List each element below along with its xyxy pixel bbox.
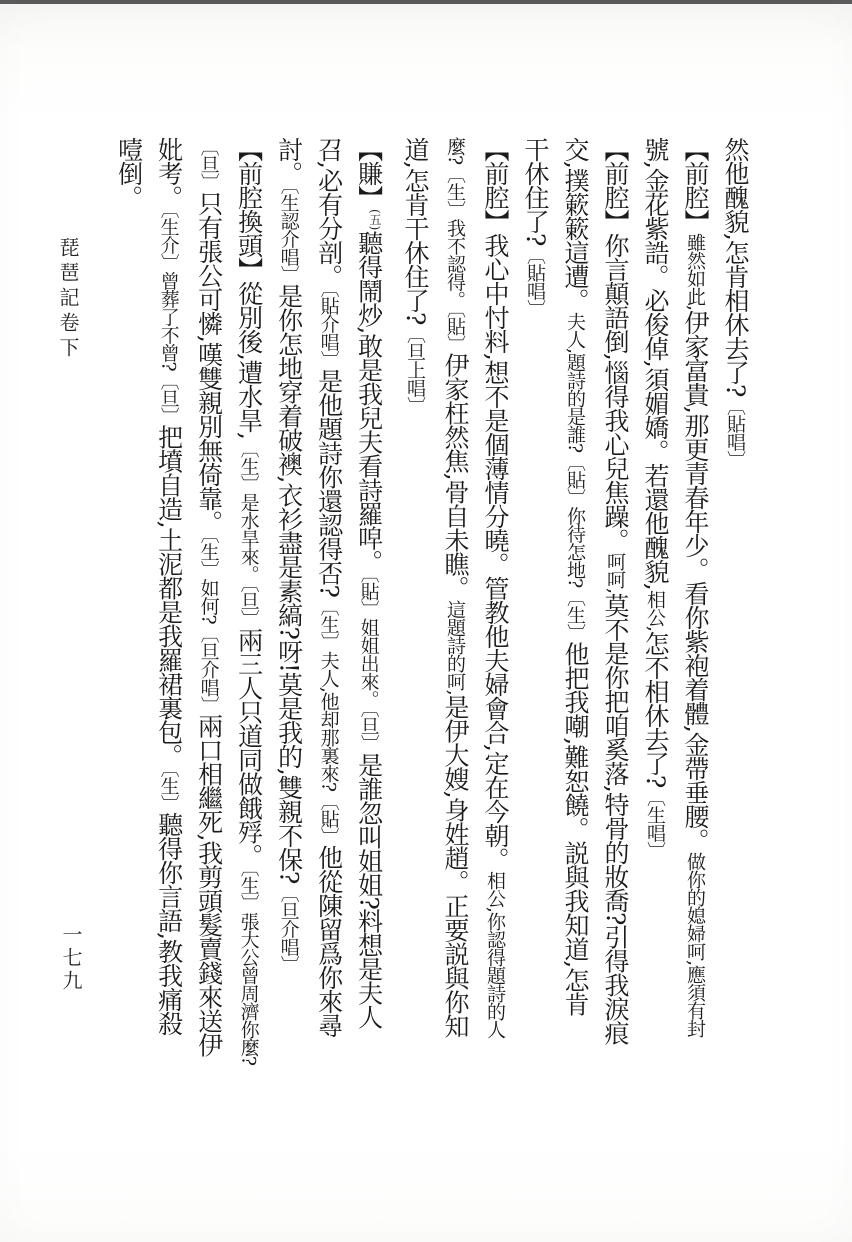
stage-direction-text: 〔旦上唱〕 xyxy=(404,324,426,414)
text-column: 號,金花紫誥。必俊倬,須媚嬌。若還他醜貌,相公,怎不相休去了?〔生唱〕 xyxy=(635,137,675,1229)
aria-lyric-text: 他從陳留爲你來尋 xyxy=(315,845,344,1037)
text-column: 【前腔】你言顛語倒,惱得我心兒焦躁。呵呵,莫不是你把咱奚落,特骨的妝喬?引得我淚… xyxy=(595,137,635,1229)
stage-direction-text: 夫人,題詩的是誰?〔貼〕你待怎地?〔生〕 xyxy=(564,312,586,641)
aria-lyric-text: 交,撲簌簌這遭。 xyxy=(561,137,590,312)
aria-lyric-text: 討。 xyxy=(275,137,304,185)
aria-lyric-text: 我心中忖料,想不是個薄情分曉。管教他夫婦會合,定在今朝。 xyxy=(481,233,510,871)
aria-lyric-text: 兩三人只道同做餓殍。 xyxy=(235,627,264,867)
text-column: 〔旦〕只有張公可憐,嘆雙親別無倚靠。〔生〕如何?〔旦介唱〕兩口相繼死,我剪頭髮賣… xyxy=(189,137,229,1229)
aria-lyric-text: 只有張公可憐,嘆雙親別無倚靠。 xyxy=(195,191,224,534)
stage-direction-text: 麼?〔生〕我不認得。〔貼〕 xyxy=(444,137,466,353)
book-volume-title: 琵琶記卷下 xyxy=(54,237,83,362)
aria-lyric-text: 伊家枉然焦,骨自未瞧。 xyxy=(441,353,470,600)
aria-lyric-text: 莫不是你把咱奚落,特骨的妝喬?引得我淚痕 xyxy=(601,593,630,1044)
aria-lyric-text: 他把我嘲,難恕饒。説與我知道,怎肯 xyxy=(561,641,590,1015)
aria-lyric-text: 然他醜貌,怎肯相休去了? xyxy=(721,137,750,396)
stage-direction-text: 這題詩的呵, xyxy=(444,600,466,695)
scan-edge-artifact xyxy=(0,0,852,4)
collation-note-marker: (五) xyxy=(368,209,382,230)
aria-lyric-text: 聽得鬧炒,敢是我兒夫看詩羅唕。 xyxy=(355,230,384,573)
aria-lyric-text: 是你怎地穿着破襖,衣衫盡是素縞?呀!莫是我的,雙親不保? xyxy=(275,284,304,884)
stage-direction-text: 〔生〕是水旱來。〔旦〕 xyxy=(238,439,260,628)
stage-direction-text: 〔旦介唱〕 xyxy=(278,883,300,973)
aria-lyric-text: 把墳自造,土泥都是我羅裙裏包。 xyxy=(155,425,184,768)
text-column: 【前腔換頭】從別後,遭水旱,〔生〕是水旱來。〔旦〕兩三人只道同做餓殍。〔生〕張大… xyxy=(229,137,269,1229)
stage-direction-text: 〔貼唱〕 xyxy=(724,396,746,468)
tune-title-marker: 【前腔】 xyxy=(681,137,710,233)
aria-lyric-text: 兩口相繼死,我剪頭髮賣錢來送伊 xyxy=(195,714,224,1057)
text-column: 召,必有分剖。〔貼介唱〕是他題詩你還認得否?〔生〕夫人,他却那裏來?〔貼〕他從陳… xyxy=(309,137,349,1229)
aria-lyric-text: 是伊大嫂,身姓趙。正要説與你知 xyxy=(441,695,470,1038)
stage-direction-text: 〔生〕張大公曾周濟你麼? xyxy=(238,867,260,1065)
aria-lyric-text: 噎倒。 xyxy=(115,137,144,209)
stage-direction-text: 〔生介〕曾葬了不曾?〔旦〕 xyxy=(158,209,180,425)
page-number: 一七九 xyxy=(57,924,86,993)
aria-lyric-text: 召,必有分剖。 xyxy=(315,137,344,288)
stage-direction-text: 〔生〕 xyxy=(158,768,180,813)
stage-direction-text: 〔生〕夫人,他却那裏來?〔貼〕 xyxy=(318,597,340,845)
text-block: 然他醜貌,怎肯相休去了?〔貼唱〕【前腔】雖然如此,伊家富貴,那更青春年少。看你紫… xyxy=(109,137,755,1229)
text-column: 道,怎肯干休住了?〔旦上唱〕 xyxy=(395,137,435,1229)
aria-lyric-text: 干休住了? xyxy=(521,137,550,245)
tune-title-marker: 【前腔】 xyxy=(481,137,510,233)
stage-direction-text: 相公, xyxy=(644,590,666,631)
aria-lyric-text: 妣考。 xyxy=(155,137,184,209)
stage-direction-text: 〔生唱〕 xyxy=(644,787,666,859)
stage-direction-text: 〔貼唱〕 xyxy=(524,245,546,317)
text-column: 【前腔】雖然如此,伊家富貴,那更青春年少。看你紫袍着體,金帶垂腰。做你的媳婦呵,… xyxy=(675,137,715,1229)
aria-lyric-text: 從別後,遭水旱, xyxy=(235,281,264,439)
aria-lyric-text: 聽得你言語,教我痛殺 xyxy=(155,812,184,1035)
text-column: 然他醜貌,怎肯相休去了?〔貼唱〕 xyxy=(715,137,755,1229)
stage-direction-text: 做你的媳婦呵,應須有封 xyxy=(684,852,706,1037)
aria-lyric-text: 是誰忽叫姐姐?料想是夫人 xyxy=(355,752,384,1028)
aria-lyric-text: 道,怎肯干休住了? xyxy=(401,137,430,324)
stage-direction-text: 〔貼〕姐姐出來。〔旦〕 xyxy=(358,573,380,752)
text-column: 噎倒。 xyxy=(109,137,149,1229)
text-column: 交,撲簌簌這遭。夫人,題詩的是誰?〔貼〕你待怎地?〔生〕他把我嘲,難恕饒。説與我… xyxy=(555,137,595,1229)
aria-lyric-text: 是他題詩你還認得否? xyxy=(315,368,344,596)
text-column: 妣考。〔生介〕曾葬了不曾?〔旦〕把墳自造,土泥都是我羅裙裏包。〔生〕聽得你言語,… xyxy=(149,137,189,1229)
aria-lyric-text: 怎不相休去了? xyxy=(641,631,670,787)
text-column: 【前腔】我心中忖料,想不是個薄情分曉。管教他夫婦會合,定在今朝。相公,你認得題詩… xyxy=(475,137,515,1229)
stage-direction-text: 〔生認介唱〕 xyxy=(278,185,300,284)
tune-title-marker: 【賺】 xyxy=(355,137,384,209)
scanned-book-page: { "margins": { "book_title": "琵琶記卷下", "p… xyxy=(0,0,852,1242)
stage-direction-text: 雖然如此, xyxy=(684,233,706,310)
page-background: 琵琶記卷下 然他醜貌,怎肯相休去了?〔貼唱〕【前腔】雖然如此,伊家富貴,那更青春… xyxy=(0,0,852,1242)
text-column: 麼?〔生〕我不認得。〔貼〕伊家枉然焦,骨自未瞧。這題詩的呵,是伊大嫂,身姓趙。正… xyxy=(435,137,475,1229)
stage-direction-text: 相公,你認得題詩的人 xyxy=(484,871,506,1038)
tune-title-marker: 【前腔】 xyxy=(601,137,630,233)
aria-lyric-text: 伊家富貴,那更青春年少。看你紫袍着體,金帶垂腰。 xyxy=(681,310,710,852)
text-column: 干休住了?〔貼唱〕 xyxy=(515,137,555,1229)
text-column: 【賺】(五)聽得鬧炒,敢是我兒夫看詩羅唕。〔貼〕姐姐出來。〔旦〕是誰忽叫姐姐?料… xyxy=(349,137,395,1229)
text-column: 討。〔生認介唱〕是你怎地穿着破襖,衣衫盡是素縞?呀!莫是我的,雙親不保?〔旦介唱… xyxy=(269,137,309,1229)
stage-direction-text: 〔貼介唱〕 xyxy=(318,288,340,369)
aria-lyric-text: 號,金花紫誥。必俊倬,須媚嬌。若還他醜貌, xyxy=(641,137,670,590)
stage-direction-text: 〔旦〕 xyxy=(198,137,220,191)
aria-lyric-text: 你言顛語倒,惱得我心兒焦躁。 xyxy=(601,233,630,552)
tune-title-marker: 【前腔換頭】 xyxy=(235,137,264,281)
stage-direction-text: 〔生〕如何?〔旦介唱〕 xyxy=(198,534,220,714)
stage-direction-text: 呵呵, xyxy=(604,552,626,593)
